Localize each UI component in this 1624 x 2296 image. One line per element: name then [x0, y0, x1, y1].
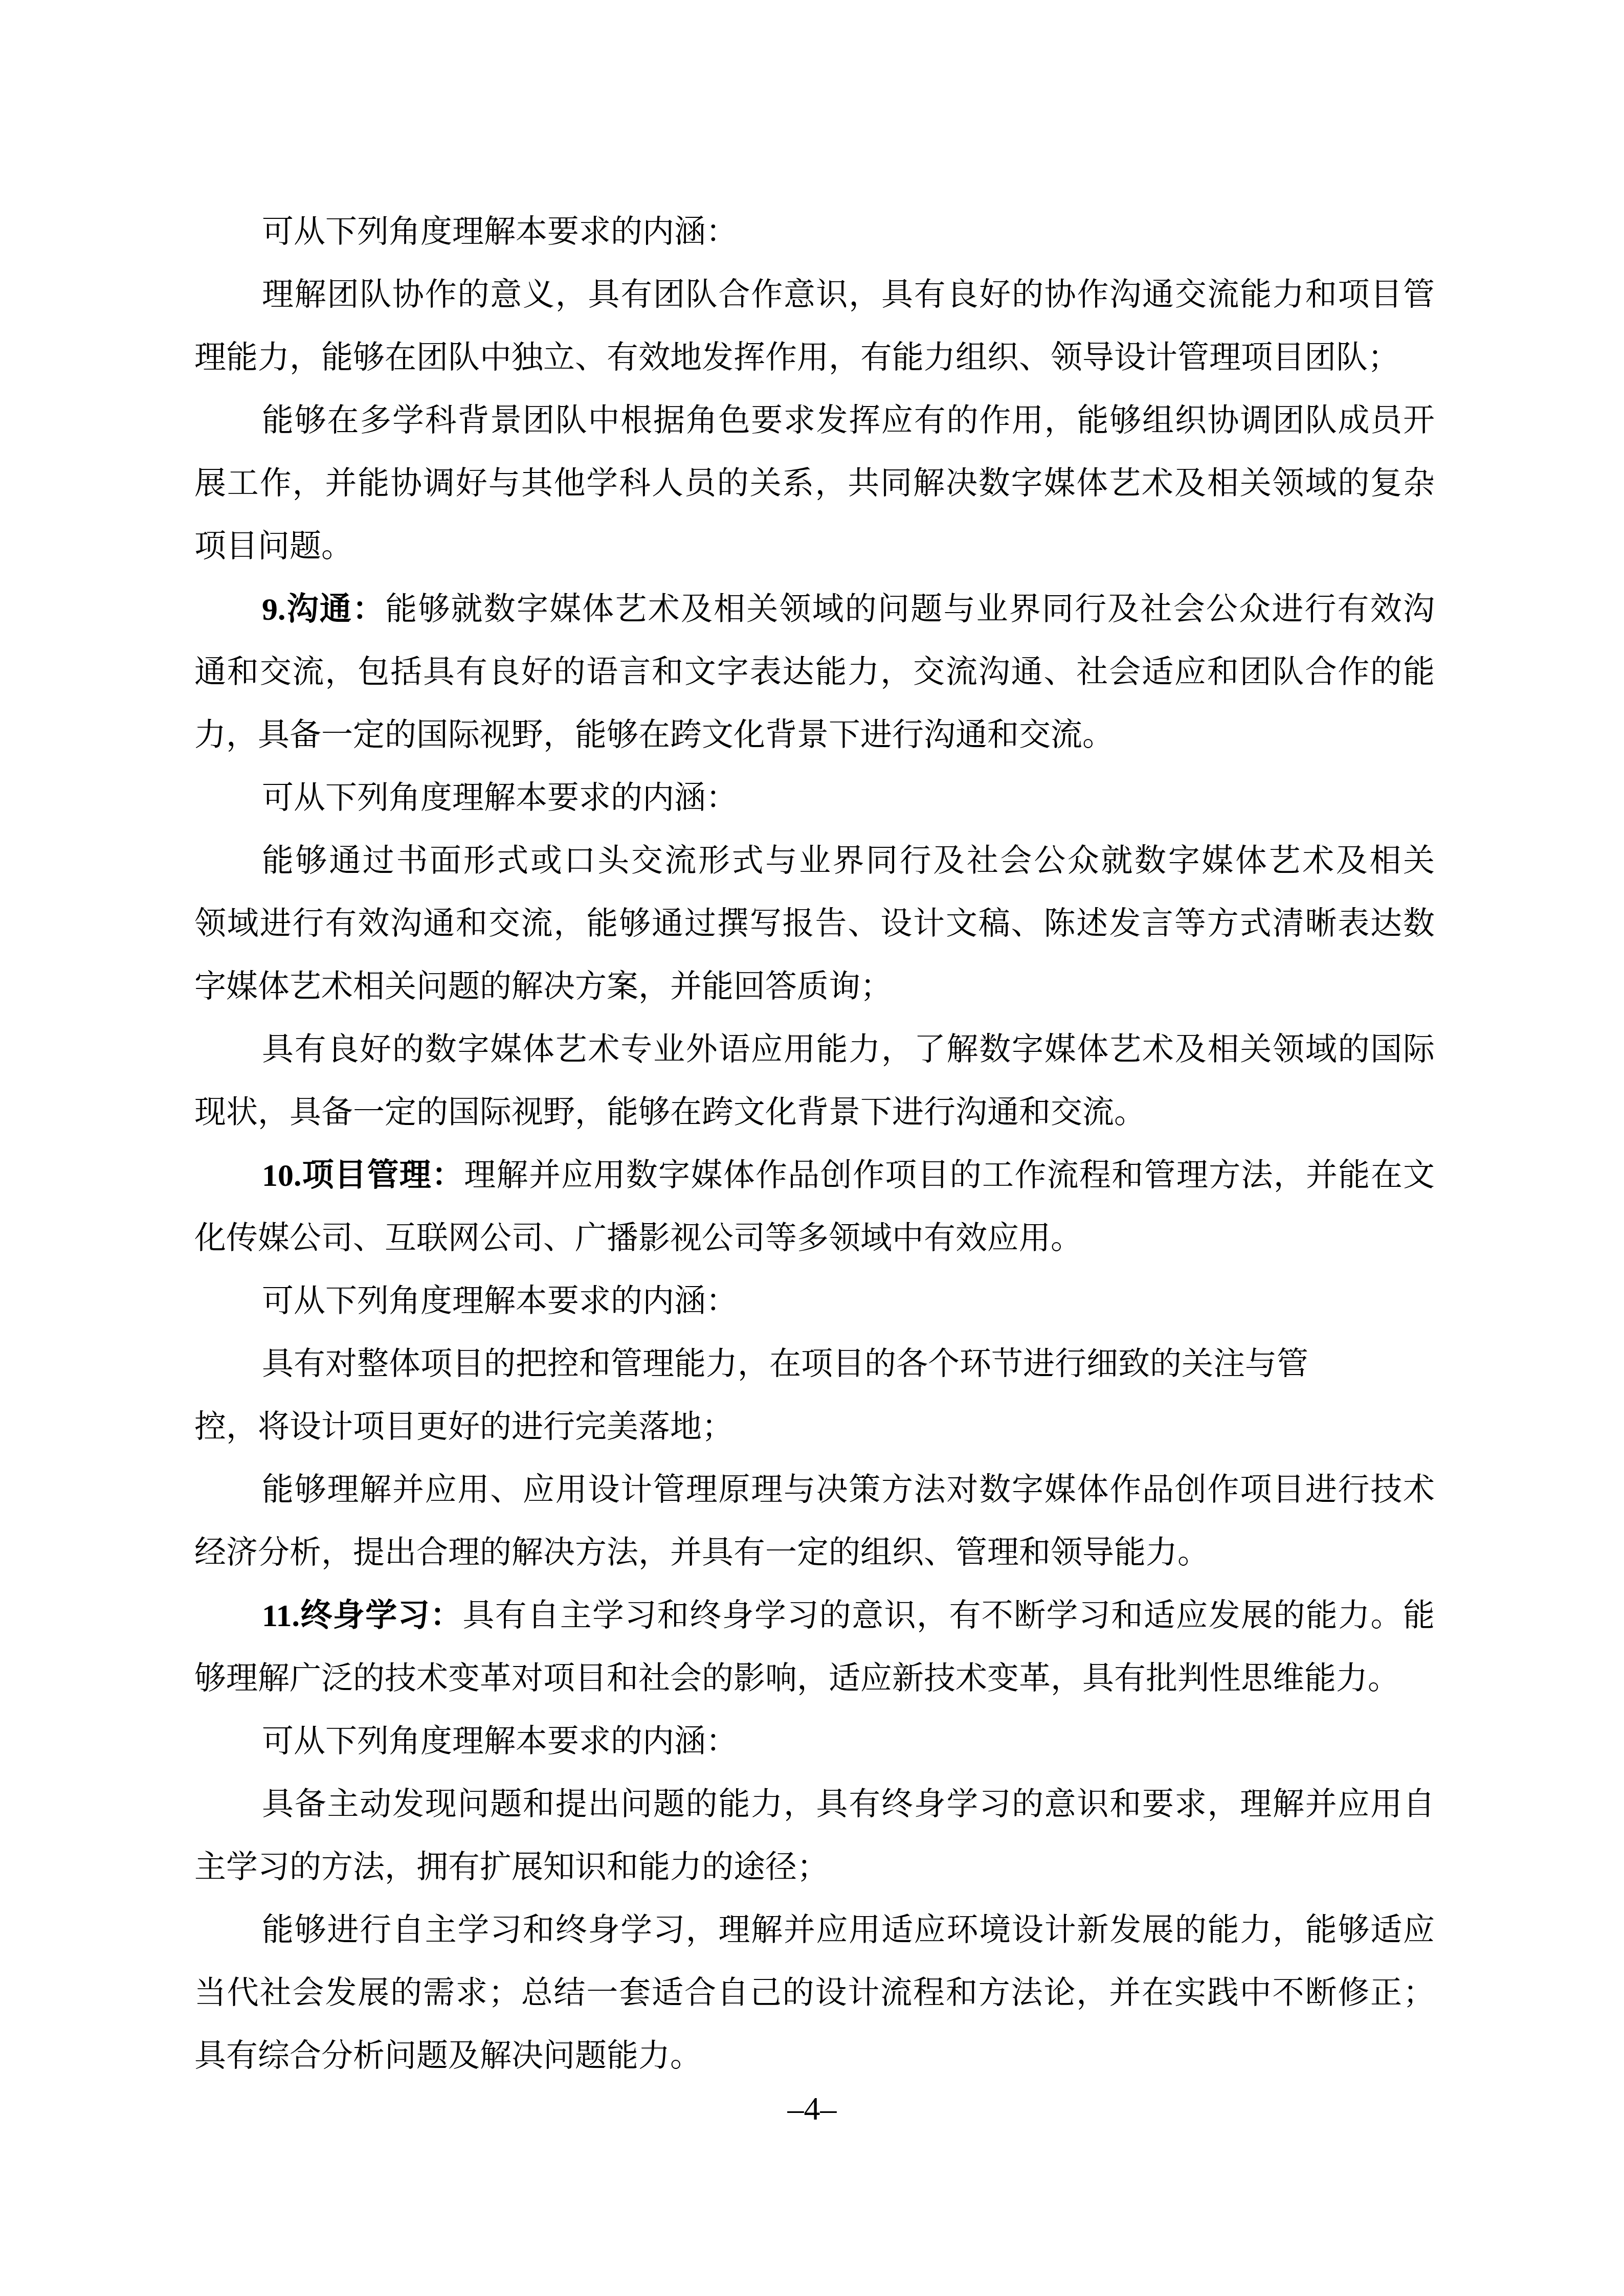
section-heading: 11.终身学习：: [262, 1599, 462, 1633]
section-heading: 10.项目管理：: [262, 1158, 464, 1193]
text-line: 可从下列角度理解本要求的内涵：: [194, 1710, 1435, 1773]
text-line: 通和交流，包括具有良好的语言和文字表达能力，交流沟通、社会适应和团队合作的能: [194, 641, 1435, 704]
text-line: 领域进行有效沟通和交流，能够通过撰写报告、设计文稿、陈述发言等方式清晰表达数: [194, 893, 1435, 956]
document-body: 可从下列角度理解本要求的内涵：理解团队协作的意义，具有团队合作意识，具有良好的协…: [194, 201, 1435, 2088]
text-line: 10.项目管理：理解并应用数字媒体作品创作项目的工作流程和管理方法，并能在文: [194, 1144, 1435, 1207]
text-line: 11.终身学习：具有自主学习和终身学习的意识，有不断学习和适应发展的能力。能: [194, 1585, 1435, 1648]
text-run: 具有良好的数字媒体艺术专业外语应用能力，了解数字媒体艺术及相关领域的国际: [262, 1032, 1435, 1067]
text-line: 现状，具备一定的国际视野，能够在跨文化背景下进行沟通和交流。: [194, 1082, 1435, 1144]
text-line: 力，具备一定的国际视野，能够在跨文化背景下进行沟通和交流。: [194, 704, 1435, 767]
text-line: 能够在多学科背景团队中根据角色要求发挥应有的作用，能够组织协调团队成员开: [194, 390, 1435, 453]
text-line: 具备主动发现问题和提出问题的能力，具有终身学习的意识和要求，理解并应用自: [194, 1773, 1435, 1836]
text-run: 主学习的方法，拥有扩展知识和能力的途径；: [194, 1850, 829, 1885]
text-run: 控，将设计项目更好的进行完美落地；: [194, 1410, 733, 1445]
text-run: 够理解广泛的技术变革对项目和社会的影响，适应新技术变革，具有批判性思维能力。: [194, 1661, 1399, 1696]
text-line: 理解团队协作的意义，具有团队合作意识，具有良好的协作沟通交流能力和项目管: [194, 264, 1435, 327]
text-run: 化传媒公司、互联网公司、广播影视公司等多领域中有效应用。: [194, 1221, 1082, 1256]
text-line: 可从下列角度理解本要求的内涵：: [194, 201, 1435, 264]
text-line: 具有良好的数字媒体艺术专业外语应用能力，了解数字媒体艺术及相关领域的国际: [194, 1019, 1435, 1082]
text-run: 具有对整体项目的把控和管理能力，在项目的各个环节进行细致的关注与管: [262, 1347, 1308, 1382]
text-run: 通和交流，包括具有良好的语言和文字表达能力，交流沟通、社会适应和团队合作的能: [194, 655, 1435, 690]
text-run: 可从下列角度理解本要求的内涵：: [262, 1284, 738, 1319]
text-run: 具有综合分析问题及解决问题能力。: [194, 2039, 702, 2074]
text-line: 当代社会发展的需求；总结一套适合自己的设计流程和方法论，并在实践中不断修正；: [194, 1962, 1435, 2025]
text-run: 可从下列角度理解本要求的内涵：: [262, 781, 738, 816]
text-run: 可从下列角度理解本要求的内涵：: [262, 1724, 738, 1759]
text-run: 可从下列角度理解本要求的内涵：: [262, 215, 738, 250]
text-run: 现状，具备一定的国际视野，能够在跨文化背景下进行沟通和交流。: [194, 1095, 1146, 1130]
text-line: 展工作，并能协调好与其他学科人员的关系，共同解决数字媒体艺术及相关领域的复杂: [194, 453, 1435, 515]
text-line: 经济分析，提出合理的解决方法，并具有一定的组织、管理和领导能力。: [194, 1522, 1435, 1585]
text-line: 可从下列角度理解本要求的内涵：: [194, 1270, 1435, 1333]
text-line: 能够通过书面形式或口头交流形式与业界同行及社会公众就数字媒体艺术及相关: [194, 830, 1435, 893]
page: { "colors": { "background": "#ffffff", "…: [0, 0, 1624, 2296]
text-line: 能够理解并应用、应用设计管理原理与决策方法对数字媒体作品创作项目进行技术: [194, 1459, 1435, 1522]
text-run: 理解并应用数字媒体作品创作项目的工作流程和管理方法，并能在文: [464, 1158, 1435, 1193]
text-run: 经济分析，提出合理的解决方法，并具有一定的组织、管理和领导能力。: [194, 1536, 1209, 1570]
text-run: 能够理解并应用、应用设计管理原理与决策方法对数字媒体作品创作项目进行技术: [262, 1473, 1435, 1507]
text-run: 当代社会发展的需求；总结一套适合自己的设计流程和方法论，并在实践中不断修正；: [194, 1976, 1435, 2011]
text-run: 能够进行自主学习和终身学习，理解并应用适应环境设计新发展的能力，能够适应: [262, 1913, 1435, 1948]
text-line: 化传媒公司、互联网公司、广播影视公司等多领域中有效应用。: [194, 1207, 1435, 1270]
text-line: 项目问题。: [194, 515, 1435, 578]
text-line: 控，将设计项目更好的进行完美落地；: [194, 1396, 1435, 1459]
text-run: 能够通过书面形式或口头交流形式与业界同行及社会公众就数字媒体艺术及相关: [262, 844, 1435, 879]
text-run: 具有自主学习和终身学习的意识，有不断学习和适应发展的能力。能: [462, 1599, 1435, 1633]
text-run: 理能力，能够在团队中独立、有效地发挥作用，有能力组织、领导设计管理项目团队；: [194, 341, 1399, 375]
text-line: 具有对整体项目的把控和管理能力，在项目的各个环节进行细致的关注与管: [194, 1333, 1435, 1396]
text-run: 力，具备一定的国际视野，能够在跨文化背景下进行沟通和交流。: [194, 718, 1114, 753]
text-run: 展工作，并能协调好与其他学科人员的关系，共同解决数字媒体艺术及相关领域的复杂: [194, 466, 1435, 501]
text-line: 9.沟通：能够就数字媒体艺术及相关领域的问题与业界同行及社会公众进行有效沟: [194, 578, 1435, 641]
text-run: 能够就数字媒体艺术及相关领域的问题与业界同行及社会公众进行有效沟: [385, 592, 1435, 627]
page-number: –4–: [0, 2077, 1624, 2140]
text-line: 够理解广泛的技术变革对项目和社会的影响，适应新技术变革，具有批判性思维能力。: [194, 1648, 1435, 1710]
section-heading: 9.沟通：: [262, 592, 385, 627]
text-run: 理解团队协作的意义，具有团队合作意识，具有良好的协作沟通交流能力和项目管: [262, 278, 1435, 312]
text-line: 主学习的方法，拥有扩展知识和能力的途径；: [194, 1836, 1435, 1899]
text-line: 字媒体艺术相关问题的解决方案，并能回答质询；: [194, 956, 1435, 1019]
text-line: 理能力，能够在团队中独立、有效地发挥作用，有能力组织、领导设计管理项目团队；: [194, 327, 1435, 390]
text-run: 领域进行有效沟通和交流，能够通过撰写报告、设计文稿、陈述发言等方式清晰表达数: [194, 907, 1435, 941]
text-run: 具备主动发现问题和提出问题的能力，具有终身学习的意识和要求，理解并应用自: [262, 1787, 1435, 1822]
text-line: 可从下列角度理解本要求的内涵：: [194, 767, 1435, 830]
text-run: 字媒体艺术相关问题的解决方案，并能回答质询；: [194, 970, 892, 1004]
text-run: 能够在多学科背景团队中根据角色要求发挥应有的作用，能够组织协调团队成员开: [262, 403, 1435, 438]
text-run: 项目问题。: [194, 529, 353, 564]
text-line: 能够进行自主学习和终身学习，理解并应用适应环境设计新发展的能力，能够适应: [194, 1899, 1435, 1962]
